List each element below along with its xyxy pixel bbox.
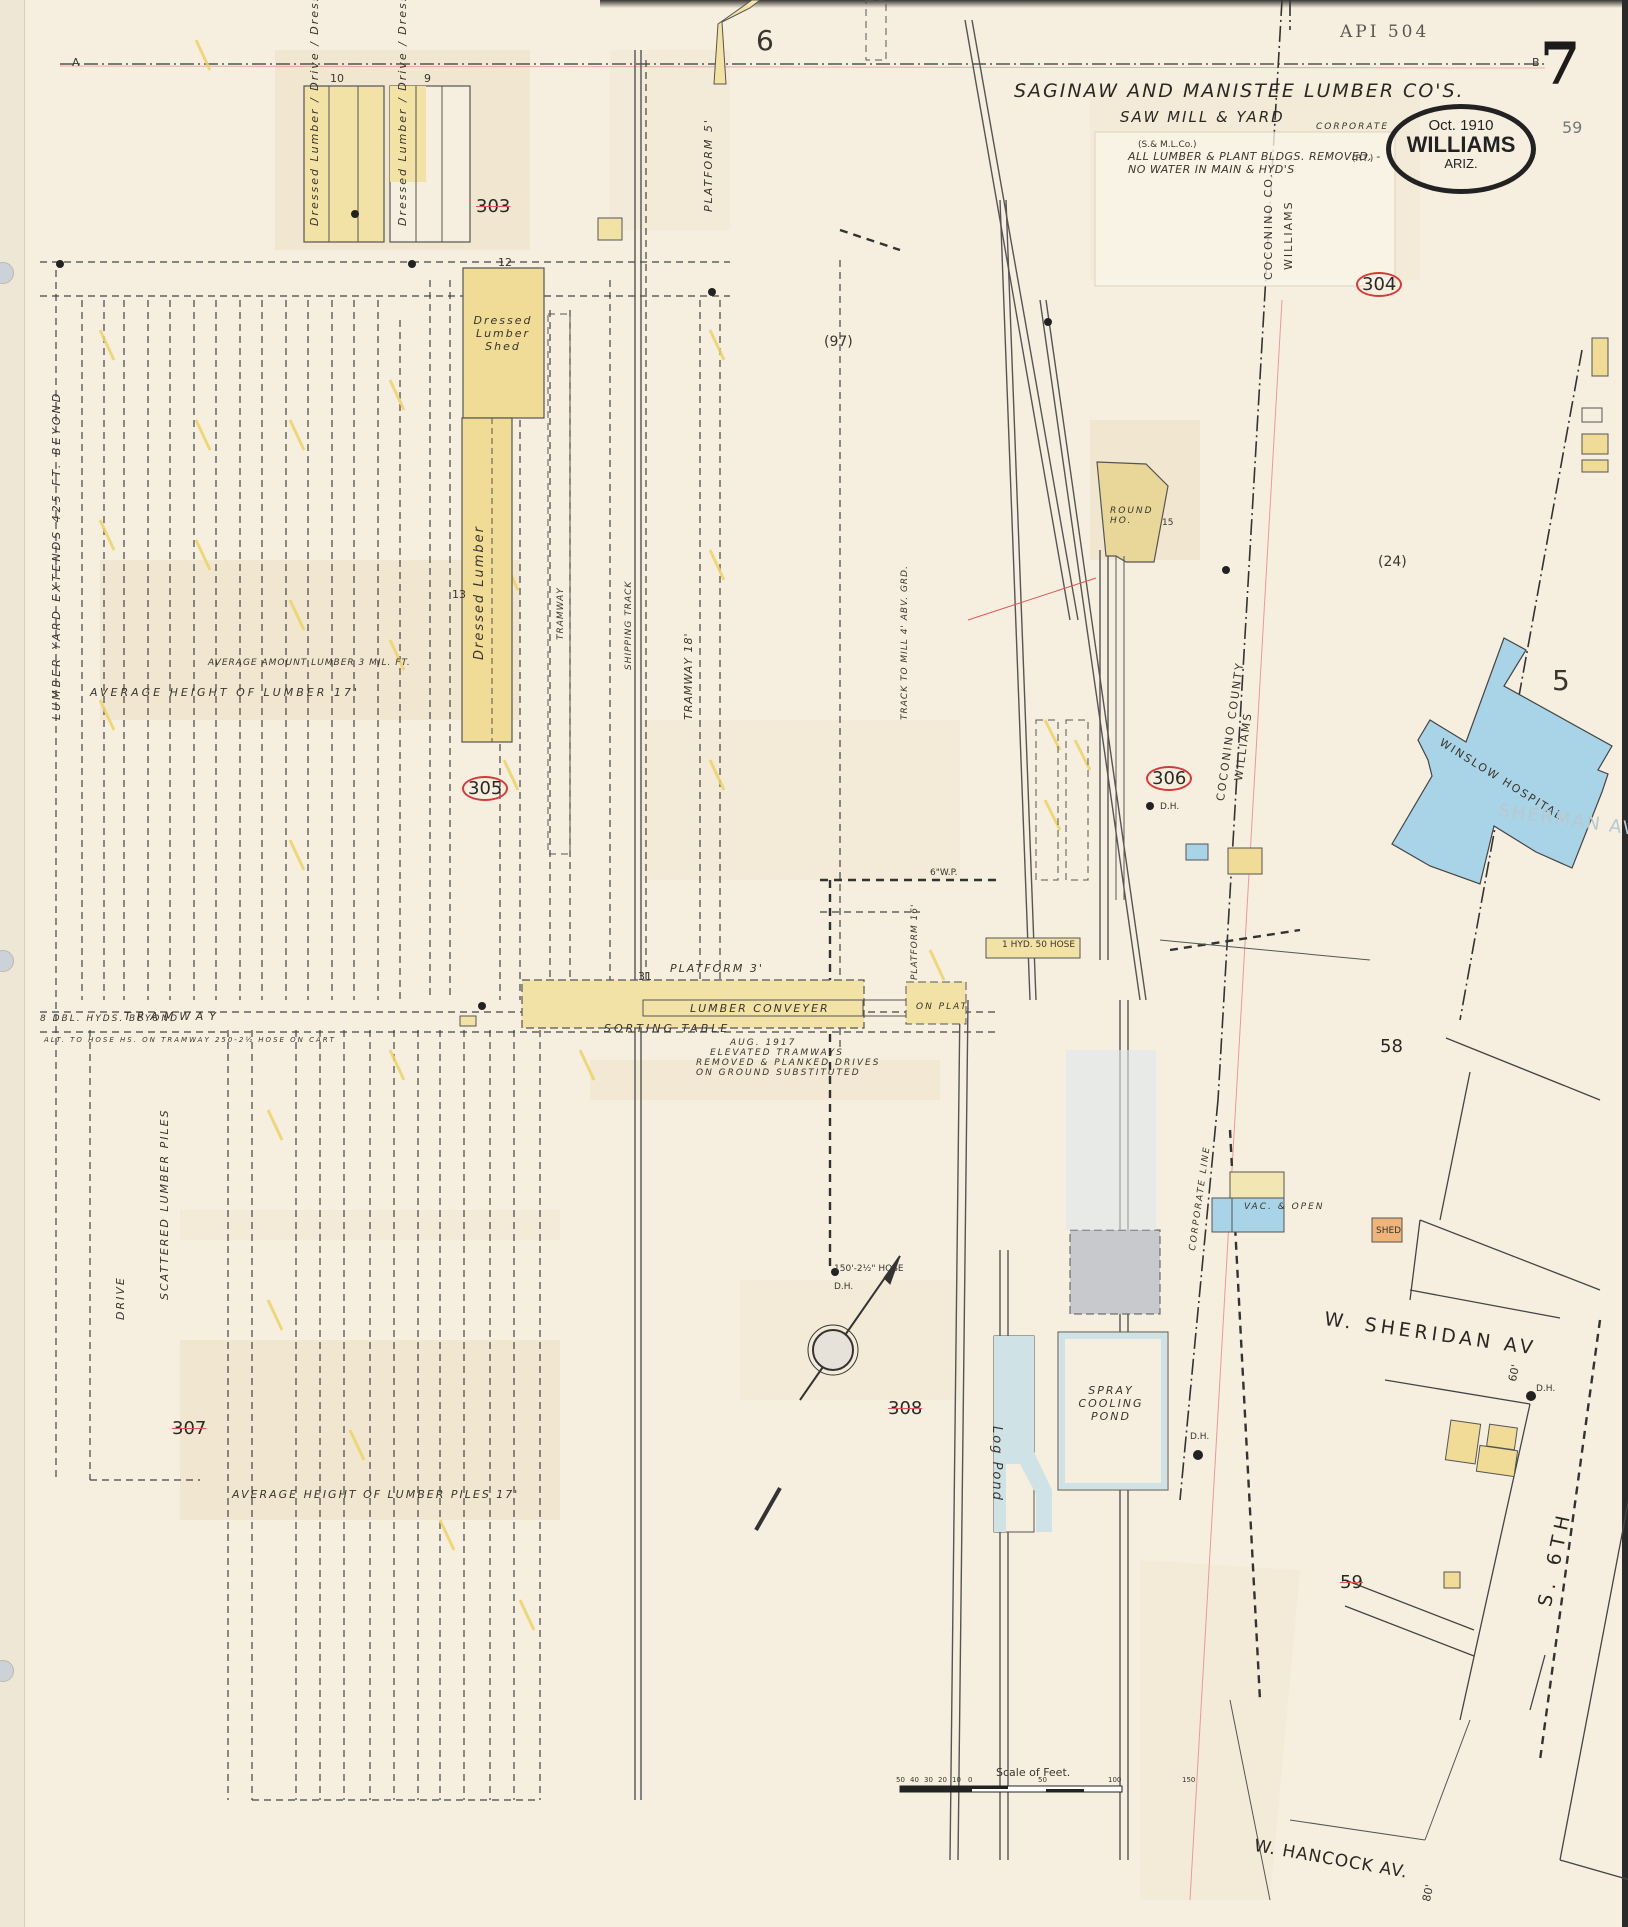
lumber-conveyer-label: LUMBER CONVEYER bbox=[690, 1002, 830, 1015]
lumber-yard-extends-label: LUMBER YARD EXTENDS 425 FT. BEYOND bbox=[50, 391, 63, 720]
spray-cooling-pond-label: SPRAY COOLING POND bbox=[1076, 1384, 1146, 1423]
round-house-label: ROUND HO. bbox=[1110, 506, 1150, 526]
building-13-label: Dressed Lumber bbox=[472, 525, 487, 660]
aug-note-2: ELEVATED TRAMWAYS bbox=[710, 1048, 844, 1058]
building-9-number: 9 bbox=[424, 72, 431, 85]
shipping-track-label: SHIPPING TRACK bbox=[624, 581, 634, 670]
aug-note-1: AUG. 1917 bbox=[730, 1038, 796, 1048]
scale-tick: 20 bbox=[938, 1776, 947, 1784]
company-title: SAGINAW AND MANISTEE LUMBER CO'S. bbox=[1014, 80, 1465, 102]
water-pipe-label: 6"W.P. bbox=[930, 868, 957, 878]
avg-height-label: AVERAGE HEIGHT OF LUMBER 17' bbox=[90, 686, 360, 699]
block-308: 308 bbox=[888, 1398, 922, 1419]
corner-number: 59 bbox=[1562, 118, 1582, 137]
sheet-number: 7 bbox=[1540, 30, 1580, 98]
platform-top-label: PLATFORM 5' bbox=[702, 118, 715, 212]
hydrant-label-east: D.H. bbox=[1190, 1432, 1209, 1442]
block-24: (24) bbox=[1378, 554, 1407, 570]
grid-marker-b: B bbox=[1532, 56, 1540, 69]
log-pond-label: Log Pond bbox=[989, 1426, 1004, 1502]
note-ref: (P.T.) bbox=[1352, 154, 1373, 164]
scattered-piles-label: SCATTERED LUMBER PILES bbox=[158, 1108, 171, 1300]
scale-tick: 30 bbox=[924, 1776, 933, 1784]
hydrant-label: D.H. bbox=[834, 1282, 853, 1292]
block-306: 306 bbox=[1146, 766, 1192, 791]
scale-title: Scale of Feet. bbox=[996, 1766, 1070, 1779]
avg-height-piles-label: AVERAGE HEIGHT OF LUMBER PILES 17' bbox=[232, 1488, 519, 1501]
williams-top-label: WILLIAMS bbox=[1282, 200, 1295, 270]
hydrant-label-306: D.H. bbox=[1160, 802, 1179, 812]
sorting-table-label: SORTING TABLE bbox=[604, 1022, 730, 1035]
building-10-label: Dressed Lumber / Drive / Dressed Lumber bbox=[308, 0, 321, 226]
avg-amount-label: AVERAGE AMOUNT LUMBER 3 MIL. FT. bbox=[208, 658, 411, 668]
building-12-label: Dressed Lumber Shed bbox=[470, 314, 536, 353]
coconino-co-top-label: COCONINO CO. bbox=[1262, 172, 1275, 280]
hydrant-house-label: 1 HYD. 50 HOSE bbox=[1002, 940, 1075, 950]
scale-bar bbox=[900, 1786, 1122, 1792]
block-303: 303 bbox=[476, 196, 510, 217]
block-58: 58 bbox=[1380, 1036, 1403, 1057]
aug-note-4: ON GROUND SUBSTITUTED bbox=[696, 1068, 861, 1078]
stamp-state: ARIZ. bbox=[1391, 156, 1531, 171]
building-9-label: Dressed Lumber / Drive / Dressed Lumber bbox=[396, 0, 409, 226]
conveyer-number: 31 bbox=[638, 970, 652, 983]
block-97: (97) bbox=[824, 334, 853, 350]
city-stamp: Oct. 1910 WILLIAMS ARIZ. bbox=[1386, 104, 1536, 194]
scale-tick: 150 bbox=[1182, 1776, 1195, 1784]
block-304: 304 bbox=[1356, 272, 1402, 297]
vac-open-label: VAC. & OPEN bbox=[1244, 1202, 1325, 1212]
adjoining-sheet-6: 6 bbox=[756, 24, 774, 57]
adjoining-sheet-5: 5 bbox=[1552, 664, 1570, 697]
tramway-note-left: 8 DBL. HYDS. BEYOND bbox=[40, 1014, 179, 1024]
drive-label-left: DRIVE bbox=[114, 1276, 127, 1320]
round-house-number: 15 bbox=[1162, 518, 1173, 528]
on-plat-label: ON PLAT. bbox=[916, 1002, 972, 1012]
hydrant-label-sheridan: D.H. bbox=[1536, 1384, 1555, 1394]
map-sheet: API 504 7 A B 59 Oct. 1910 WILLIAMS ARIZ… bbox=[0, 0, 1628, 1927]
platform-mid-label: PLATFORM 3' bbox=[670, 962, 764, 975]
scale-tick: 10 bbox=[952, 1776, 961, 1784]
company-subtitle: SAW MILL & YARD bbox=[1120, 108, 1285, 126]
block-59: 59 bbox=[1340, 1572, 1363, 1593]
building-10-number: 10 bbox=[330, 72, 344, 85]
tramway-18-label: TRAMWAY 18' bbox=[682, 633, 695, 720]
tramway-note-left-2: ALT. TO HOSE HS. ON TRAMWAY 250-2½ HOSE … bbox=[44, 1036, 336, 1044]
aug-note-3: REMOVED & PLANKED DRIVES bbox=[696, 1058, 880, 1068]
scale-tick: 0 bbox=[968, 1776, 972, 1784]
scale-tick: 50 bbox=[896, 1776, 905, 1784]
platform-16-label: PLATFORM 16' bbox=[910, 903, 920, 980]
corporate-note: CORPORATE bbox=[1316, 122, 1389, 132]
grid-marker-a: A bbox=[72, 56, 80, 69]
block-307: 307 bbox=[172, 1418, 206, 1439]
building-13-number: 13 bbox=[452, 588, 466, 601]
note-line-1: ALL LUMBER & PLANT BLDGS. REMOVED. - bbox=[1128, 150, 1381, 163]
stamp-city: WILLIAMS bbox=[1391, 134, 1531, 156]
tramway-label: TRAMWAY bbox=[556, 587, 566, 640]
note-abbrev: (S.& M.L.Co.) bbox=[1138, 140, 1196, 150]
scale-tick: 40 bbox=[910, 1776, 919, 1784]
scale-tick: 100 bbox=[1108, 1776, 1121, 1784]
scale-tick: 50 bbox=[1038, 1776, 1047, 1784]
building-12-number: 12 bbox=[498, 256, 512, 269]
header-stamp: API 504 bbox=[1340, 22, 1429, 42]
shed-label: SHED bbox=[1376, 1226, 1401, 1236]
track-to-mill-label: TRACK TO MILL 4' ABV. GRD. bbox=[900, 565, 910, 720]
hyd-note: 150'-2½" HOSE bbox=[834, 1264, 904, 1274]
block-305: 305 bbox=[462, 776, 508, 801]
